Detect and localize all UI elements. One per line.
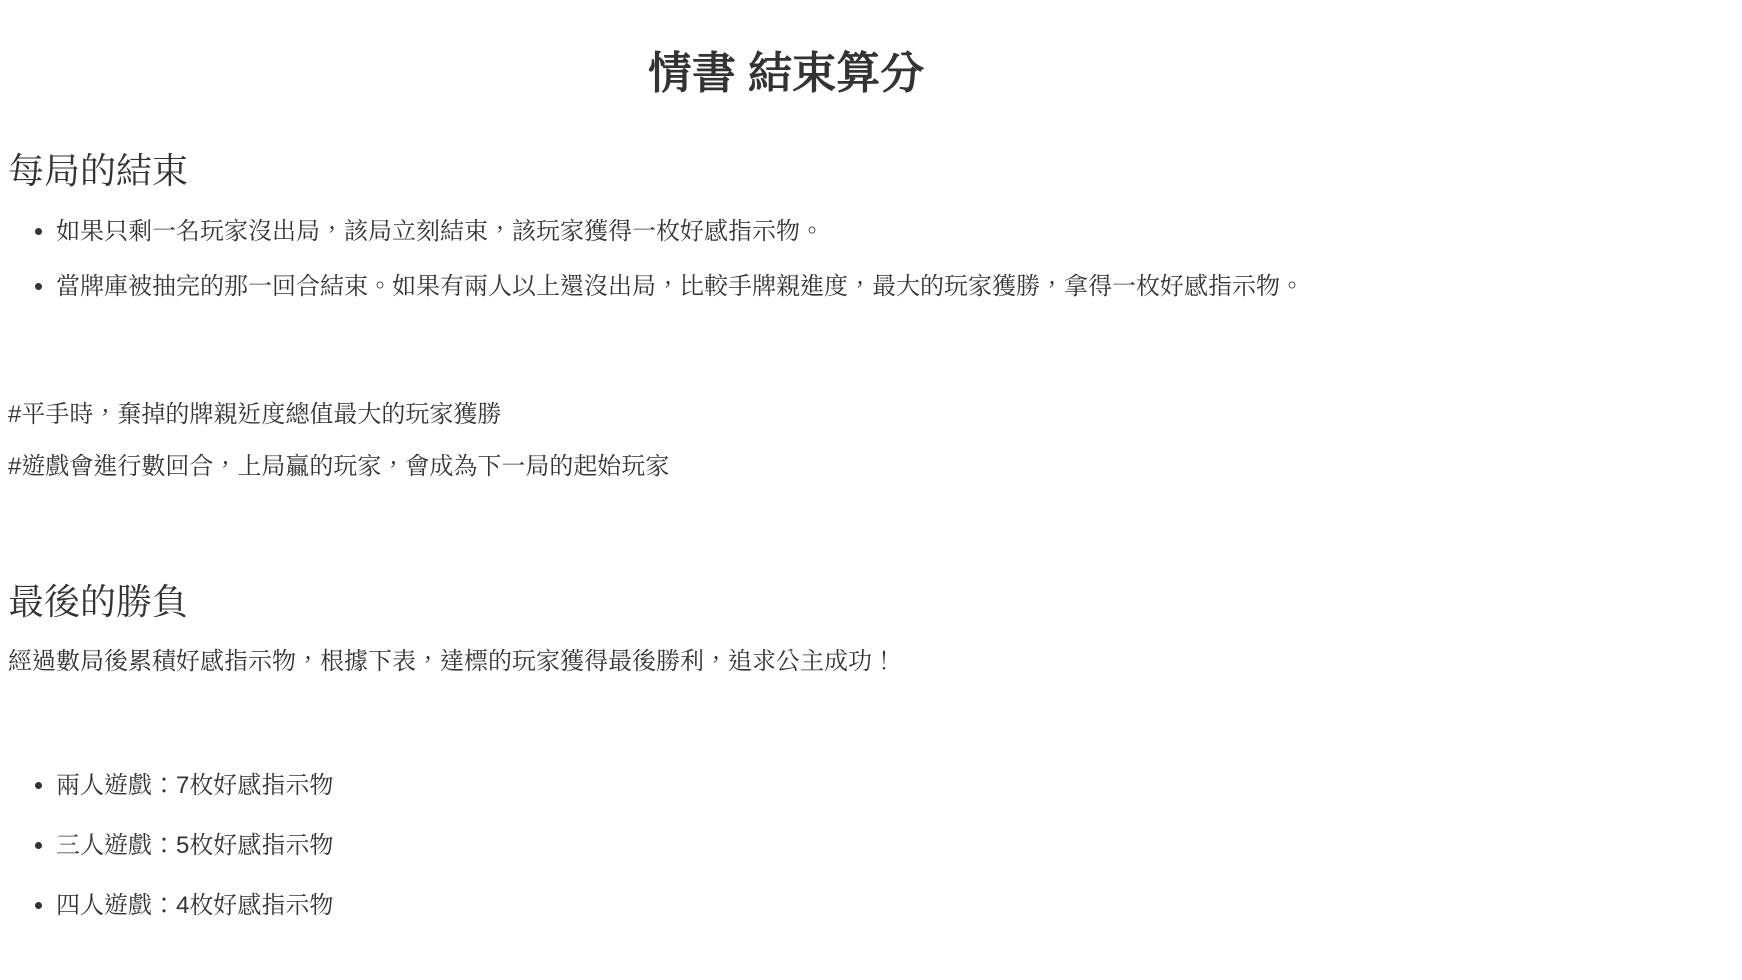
list-item: 如果只剩一名玩家沒出局，該局立刻結束，該玩家獲得一枚好感指示物。: [56, 213, 1734, 251]
section-heading-final-victory: 最後的勝負: [8, 578, 1734, 627]
page-title: 情書 結束算分: [8, 48, 1564, 101]
document-page: 情書 結束算分 每局的結束 如果只剩一名玩家沒出局，該局立刻結束，該玩家獲得一枚…: [0, 0, 1742, 980]
note-next-round: #遊戲會進行數回合，上局贏的玩家，會成為下一局的起始玩家: [8, 448, 1734, 486]
list-item: 三人遊戲：5枚好感指示物: [56, 827, 1734, 865]
final-victory-intro: 經過數局後累積好感指示物，根據下表，達標的玩家獲得最後勝利，追求公主成功！: [8, 643, 1734, 681]
list-item: 四人遊戲：4枚好感指示物: [56, 887, 1734, 925]
note-tiebreak: #平手時，棄掉的牌親近度總值最大的玩家獲勝: [8, 396, 1734, 434]
list-item: 當牌庫被抽完的那一回合結束。如果有兩人以上還沒出局，比較手牌親進度，最大的玩家獲…: [56, 268, 1734, 306]
round-end-list: 如果只剩一名玩家沒出局，該局立刻結束，該玩家獲得一枚好感指示物。 當牌庫被抽完的…: [8, 213, 1734, 306]
token-threshold-list: 兩人遊戲：7枚好感指示物 三人遊戲：5枚好感指示物 四人遊戲：4枚好感指示物: [8, 767, 1734, 925]
list-item: 兩人遊戲：7枚好感指示物: [56, 767, 1734, 805]
section-heading-round-end: 每局的結束: [8, 147, 1734, 196]
